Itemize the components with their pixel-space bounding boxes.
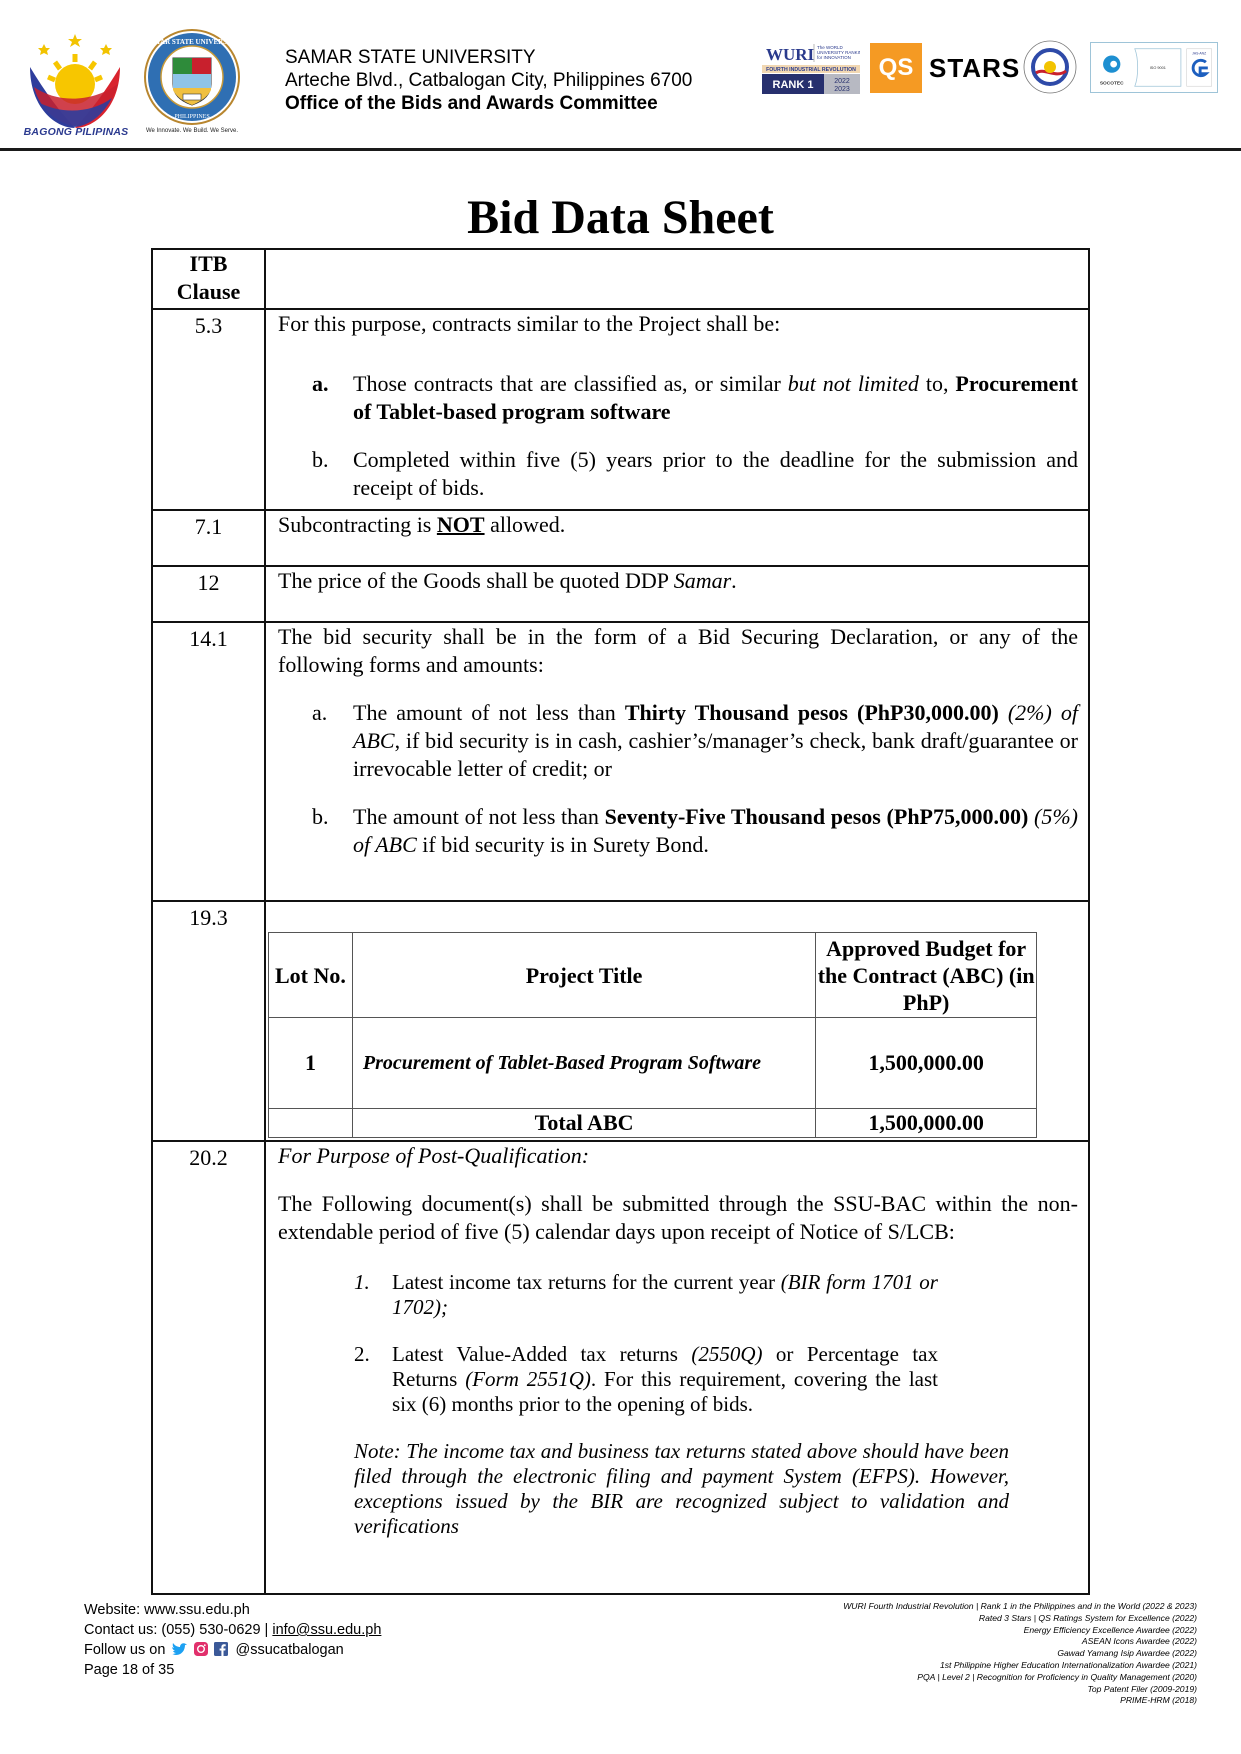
table-row-19-3: 19.3 Lot No. Project Title Approved Budg… (151, 900, 1090, 1141)
abc-data-row: 1 Procurement of Tablet-Based Program So… (269, 1018, 1037, 1109)
efps-note: Note: The income tax and business tax re… (354, 1439, 1009, 1539)
clause-number: 5.3 (153, 310, 266, 510)
social-handle[interactable]: @ssucatbalogan (235, 1642, 343, 1658)
project-title-cell: Procurement of Tablet-Based Program Soft… (352, 1018, 815, 1109)
award-line: ASEAN Icons Awardee (2022) (843, 1636, 1197, 1648)
text-run: The amount of not less than (353, 700, 625, 725)
svg-text:JAS-ANZ: JAS-ANZ (1192, 52, 1206, 56)
footer-contact: Website: www.ssu.edu.ph Contact us: (055… (84, 1600, 381, 1680)
svg-text:2022: 2022 (834, 78, 850, 85)
ssu-tagline: We Innovate. We Build. We Serve. (136, 128, 248, 134)
page-title: Bid Data Sheet (0, 190, 1241, 246)
total-label-cell: Total ABC (352, 1109, 815, 1138)
socotec-iso-badge-icon: SOCOTEC ISO 9001 JAS-ANZ (1090, 42, 1218, 93)
text-run: Subcontracting is (278, 512, 437, 537)
list-marker: a. (312, 370, 329, 398)
qs-stars-label: STARS (929, 53, 1020, 84)
clause-content: The price of the Goods shall be quoted D… (278, 567, 1078, 595)
total-empty-cell (269, 1109, 353, 1138)
award-line: PRIME-HRM (2018) (843, 1695, 1197, 1707)
bagong-pilipinas-caption: BAGONG PILIPINAS (20, 126, 132, 138)
clause-content: Subcontracting is NOT allowed. (278, 511, 1078, 539)
list-item-a: a. Those contracts that are classified a… (278, 370, 1078, 426)
svg-text:SOCOTEC: SOCOTEC (1100, 80, 1124, 86)
university-info: SAMAR STATE UNIVERSITY Arteche Blvd., Ca… (285, 46, 692, 115)
pqa-seal-icon (1022, 39, 1078, 95)
list-marker: b. (312, 446, 329, 474)
award-line: WURI Fourth Industrial Revolution | Rank… (843, 1601, 1197, 1613)
list-text: Completed within five (5) years prior to… (353, 446, 1078, 502)
table-header-row: ITB Clause (151, 248, 1090, 309)
italic-run: (Form 2551Q) (465, 1367, 591, 1391)
text-run: allowed. (485, 512, 566, 537)
svg-text:PHILIPPINES: PHILIPPINES (174, 114, 209, 120)
abc-table: Lot No. Project Title Approved Budget fo… (268, 932, 1037, 1138)
svg-text:ISO 9001: ISO 9001 (1150, 66, 1166, 70)
university-address: Arteche Blvd., Catbalogan City, Philippi… (285, 69, 692, 92)
svg-text:for INNOVATION: for INNOVATION (817, 55, 851, 60)
list-marker: 1. (354, 1270, 370, 1295)
list-item-a: a. The amount of not less than Thirty Th… (278, 699, 1078, 783)
clause-number: 7.1 (153, 511, 266, 566)
list-item-2: 2. Latest Value-Added tax returns (2550Q… (278, 1342, 938, 1417)
award-line: 1st Philippine Higher Education Internat… (843, 1660, 1197, 1672)
list-item-1: 1. Latest income tax returns for the cur… (278, 1270, 938, 1320)
text-run: The amount of not less than (353, 804, 605, 829)
table-row-14-1: 14.1 The bid security shall be in the fo… (151, 621, 1090, 901)
qs-logo-icon: QS (870, 43, 922, 93)
footer-social-line: Follow us on @ssucatbalogan (84, 1640, 381, 1660)
clause-intro: The Following document(s) shall be submi… (278, 1190, 1078, 1246)
clause-content: For this purpose, contracts similar to t… (278, 310, 1078, 502)
list-marker: a. (312, 699, 327, 727)
bagong-pilipinas-logo-icon (20, 32, 130, 130)
abc-header: Approved Budget for the Contract (ABC) (… (816, 933, 1037, 1018)
text-run: Those contracts that are classified as, … (353, 371, 788, 396)
table-row-20-2: 20.2 For Purpose of Post-Qualification: … (151, 1140, 1090, 1595)
office-name: Office of the Bids and Awards Committee (285, 92, 692, 115)
svg-text:WURI: WURI (766, 45, 815, 64)
footer-website: Website: www.ssu.edu.ph (84, 1600, 381, 1620)
svg-text:RANK 1: RANK 1 (773, 79, 814, 91)
award-line: Energy Efficiency Excellence Awardee (20… (843, 1625, 1197, 1637)
twitter-icon[interactable] (172, 1642, 188, 1656)
clause-number: 12 (153, 567, 266, 622)
clause-content: For Purpose of Post-Qualification: The F… (278, 1142, 1078, 1539)
bid-data-sheet-table: ITB Clause 5.3 For this purpose, contrac… (151, 248, 1090, 1595)
footer-contact-line: Contact us: (055) 530-0629 | info@ssu.ed… (84, 1620, 381, 1640)
lot-no-header: Lot No. (269, 933, 353, 1018)
text-run: Latest income tax returns for the curren… (392, 1270, 781, 1294)
italic-run: (2550Q) (691, 1342, 762, 1366)
clause-intro: For this purpose, contracts similar to t… (278, 310, 1078, 338)
lot-no-cell: 1 (269, 1018, 353, 1109)
bold-run: Thirty Thousand pesos (PhP30,000.00) (625, 700, 999, 725)
total-value-cell: 1,500,000.00 (816, 1109, 1037, 1138)
university-name: SAMAR STATE UNIVERSITY (285, 46, 692, 69)
award-line: Gawad Yamang Isip Awardee (2022) (843, 1648, 1197, 1660)
svg-text:FOURTH INDUSTRIAL REVOLUTION: FOURTH INDUSTRIAL REVOLUTION (766, 67, 856, 73)
clause-intro: The bid security shall be in the form of… (278, 623, 1078, 679)
abc-header-row: Lot No. Project Title Approved Budget fo… (269, 933, 1037, 1018)
table-row-7-1: 7.1 Subcontracting is NOT allowed. (151, 509, 1090, 566)
list-marker: 2. (354, 1342, 370, 1367)
letterhead: BAGONG PILIPINAS SAMAR STATE UNIVERSITY … (0, 0, 1241, 152)
itb-clause-header-line1: ITB (153, 250, 264, 278)
post-qualification-heading: For Purpose of Post-Qualification: (278, 1142, 1078, 1170)
table-row-5-3: 5.3 For this purpose, contracts similar … (151, 308, 1090, 510)
list-item-b: b. The amount of not less than Seventy-F… (278, 803, 1078, 859)
award-line: Rated 3 Stars | QS Ratings System for Ex… (843, 1613, 1197, 1625)
wuri-rank-badge-icon: WURI The WORLD UNIVERSITY RANKINGS for I… (762, 40, 860, 96)
text-run: if bid security is in Surety Bond. (417, 832, 709, 857)
list-marker: b. (312, 803, 329, 831)
clause-number: 20.2 (153, 1142, 266, 1593)
italic-run: but not limited (788, 371, 919, 396)
clause-content: The bid security shall be in the form of… (278, 623, 1078, 859)
text-run: , if bid security is in cash, cashier’s/… (353, 728, 1078, 781)
italic-run: Samar (674, 568, 731, 593)
ssu-seal-icon: SAMAR STATE UNIVERSITY PHILIPPINES (143, 28, 241, 126)
bold-run: Seventy-Five Thousand pesos (PhP75,000.0… (605, 804, 1029, 829)
text-run: . (731, 568, 737, 593)
abc-value-cell: 1,500,000.00 (816, 1018, 1037, 1109)
itb-clause-header-line2: Clause (153, 278, 264, 306)
text-run: Latest Value-Added tax returns (392, 1342, 691, 1366)
bold-underline-run: NOT (437, 512, 485, 537)
footer-awards: WURI Fourth Industrial Revolution | Rank… (843, 1601, 1197, 1707)
facebook-icon[interactable] (214, 1642, 228, 1656)
follow-label: Follow us on (84, 1642, 165, 1658)
instagram-icon[interactable] (194, 1642, 208, 1656)
header-divider (0, 148, 1241, 151)
list-item-b: b. Completed within five (5) years prior… (278, 446, 1078, 502)
abc-total-row: Total ABC 1,500,000.00 (269, 1109, 1037, 1138)
clause-number: 14.1 (153, 623, 266, 901)
page-number: Page 18 of 35 (84, 1660, 381, 1680)
email-link[interactable]: info@ssu.edu.ph (272, 1622, 381, 1638)
project-title-header: Project Title (352, 933, 815, 1018)
itb-clause-header: ITB Clause (153, 250, 266, 309)
award-line: PQA | Level 2 | Recognition for Proficie… (843, 1672, 1197, 1684)
document-list: 1. Latest income tax returns for the cur… (278, 1270, 938, 1417)
svg-text:2023: 2023 (834, 86, 850, 93)
svg-text:SAMAR STATE UNIVERSITY: SAMAR STATE UNIVERSITY (144, 38, 239, 46)
contact-phone: Contact us: (055) 530-0629 | (84, 1622, 272, 1638)
table-row-12: 12 The price of the Goods shall be quote… (151, 565, 1090, 622)
award-line: Top Patent Filer (2009-2019) (843, 1684, 1197, 1696)
text-run: to, (919, 371, 955, 396)
clause-number: 19.3 (153, 902, 266, 1141)
text-run: The price of the Goods shall be quoted D… (278, 568, 674, 593)
